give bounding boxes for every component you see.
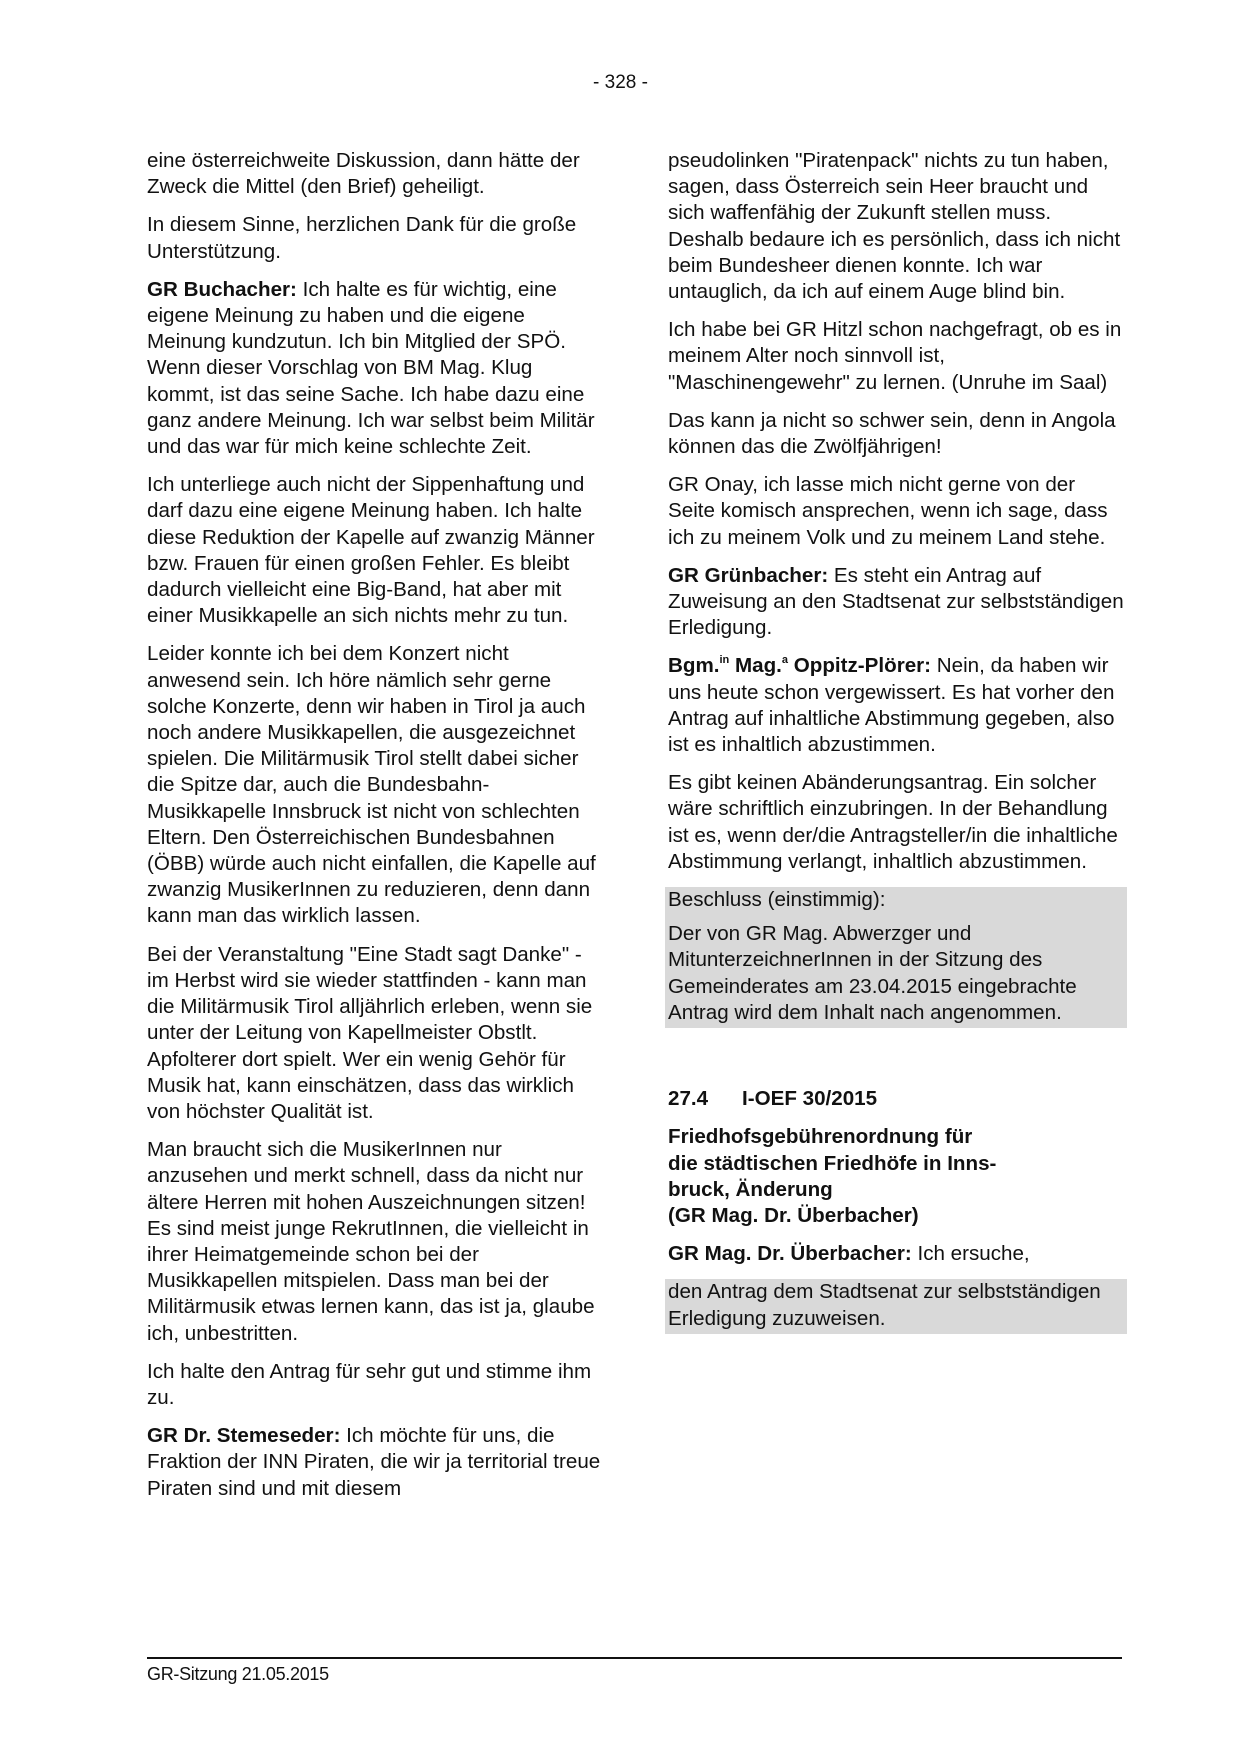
speaker-paragraph: GR Grünbacher: Es steht ein Antrag auf Z… — [668, 563, 1124, 642]
speech-text: Ich halte es für wichtig, eine eigene Me… — [147, 278, 595, 458]
speaker-paragraph: GR Buchacher: Ich halte es für wichtig, … — [147, 277, 602, 460]
right-column: pseudolinken "Piratenpack" nichts zu tun… — [668, 148, 1124, 1334]
section-heading: 27.4 I-OEF 30/2015 — [668, 1086, 1124, 1112]
footer-session-date: GR-Sitzung 21.05.2015 — [147, 1664, 329, 1685]
footer-divider — [147, 1657, 1122, 1659]
section-title-line: bruck, Änderung — [668, 1178, 833, 1201]
section-title-line: (GR Mag. Dr. Überbacher) — [668, 1204, 919, 1227]
paragraph: Es gibt keinen Abänderungsantrag. Ein so… — [668, 770, 1124, 875]
section-number: 27.4 — [668, 1086, 742, 1112]
section-title-line: die städtischen Friedhöfe in Inns- — [668, 1152, 996, 1175]
speaker-paragraph: Bgm.in Mag.a Oppitz-Plörer: Nein, da hab… — [668, 653, 1124, 758]
speaker-name: GR Grünbacher: — [668, 564, 828, 587]
paragraph: eine österreichweite Diskussion, dann hä… — [147, 148, 602, 200]
speaker-title: Bgm. — [668, 654, 719, 677]
paragraph: Ich halte den Antrag für sehr gut und st… — [147, 1359, 602, 1411]
paragraph: pseudolinken "Piratenpack" nichts zu tun… — [668, 148, 1124, 305]
section-reference: I-OEF 30/2015 — [742, 1086, 877, 1112]
request-box: den Antrag dem Stadtsenat zur selbststän… — [665, 1279, 1127, 1333]
paragraph: Man braucht sich die MusikerInnen nur an… — [147, 1137, 602, 1347]
paragraph: Ich unterliege auch nicht der Sippenhaft… — [147, 472, 602, 629]
paragraph: Das kann ja nicht so schwer sein, denn i… — [668, 408, 1124, 460]
page-number: - 328 - — [0, 72, 1241, 94]
speaker-name: GR Buchacher: — [147, 278, 297, 301]
resolution-box: Beschluss (einstimmig): Der von GR Mag. … — [665, 887, 1127, 1028]
paragraph: Bei der Veranstaltung "Eine Stadt sagt D… — [147, 942, 602, 1125]
request-text: den Antrag dem Stadtsenat zur selbststän… — [668, 1279, 1124, 1331]
speaker-surname: Oppitz-Plörer: — [788, 654, 931, 677]
left-column: eine österreichweite Diskussion, dann hä… — [147, 148, 602, 1514]
speaker-name: Bgm.in Mag.a Oppitz-Plörer: — [668, 654, 931, 677]
speaker-name: GR Mag. Dr. Überbacher: — [668, 1242, 912, 1265]
superscript: in — [719, 654, 729, 666]
resolution-text: Der von GR Mag. Abwerzger und Mitunterze… — [668, 913, 1124, 1026]
section-title-line: Friedhofsgebührenordnung für — [668, 1125, 972, 1148]
speech-text: Ich ersuche, — [912, 1242, 1030, 1265]
resolution-title: Beschluss (einstimmig): — [668, 887, 1124, 913]
superscript: a — [782, 654, 788, 666]
paragraph: In diesem Sinne, herzlichen Dank für die… — [147, 212, 602, 264]
section-title: Friedhofsgebührenordnung für die städtis… — [668, 1124, 1124, 1229]
speaker-paragraph: GR Mag. Dr. Überbacher: Ich ersuche, — [668, 1241, 1124, 1267]
speaker-title: Mag. — [729, 654, 782, 677]
paragraph: GR Onay, ich lasse mich nicht gerne von … — [668, 472, 1124, 551]
paragraph: Ich habe bei GR Hitzl schon nachgefragt,… — [668, 317, 1124, 396]
speaker-name: GR Dr. Stemeseder: — [147, 1424, 340, 1447]
paragraph: Leider konnte ich bei dem Konzert nicht … — [147, 641, 602, 929]
speaker-paragraph: GR Dr. Stemeseder: Ich möchte für uns, d… — [147, 1423, 602, 1502]
